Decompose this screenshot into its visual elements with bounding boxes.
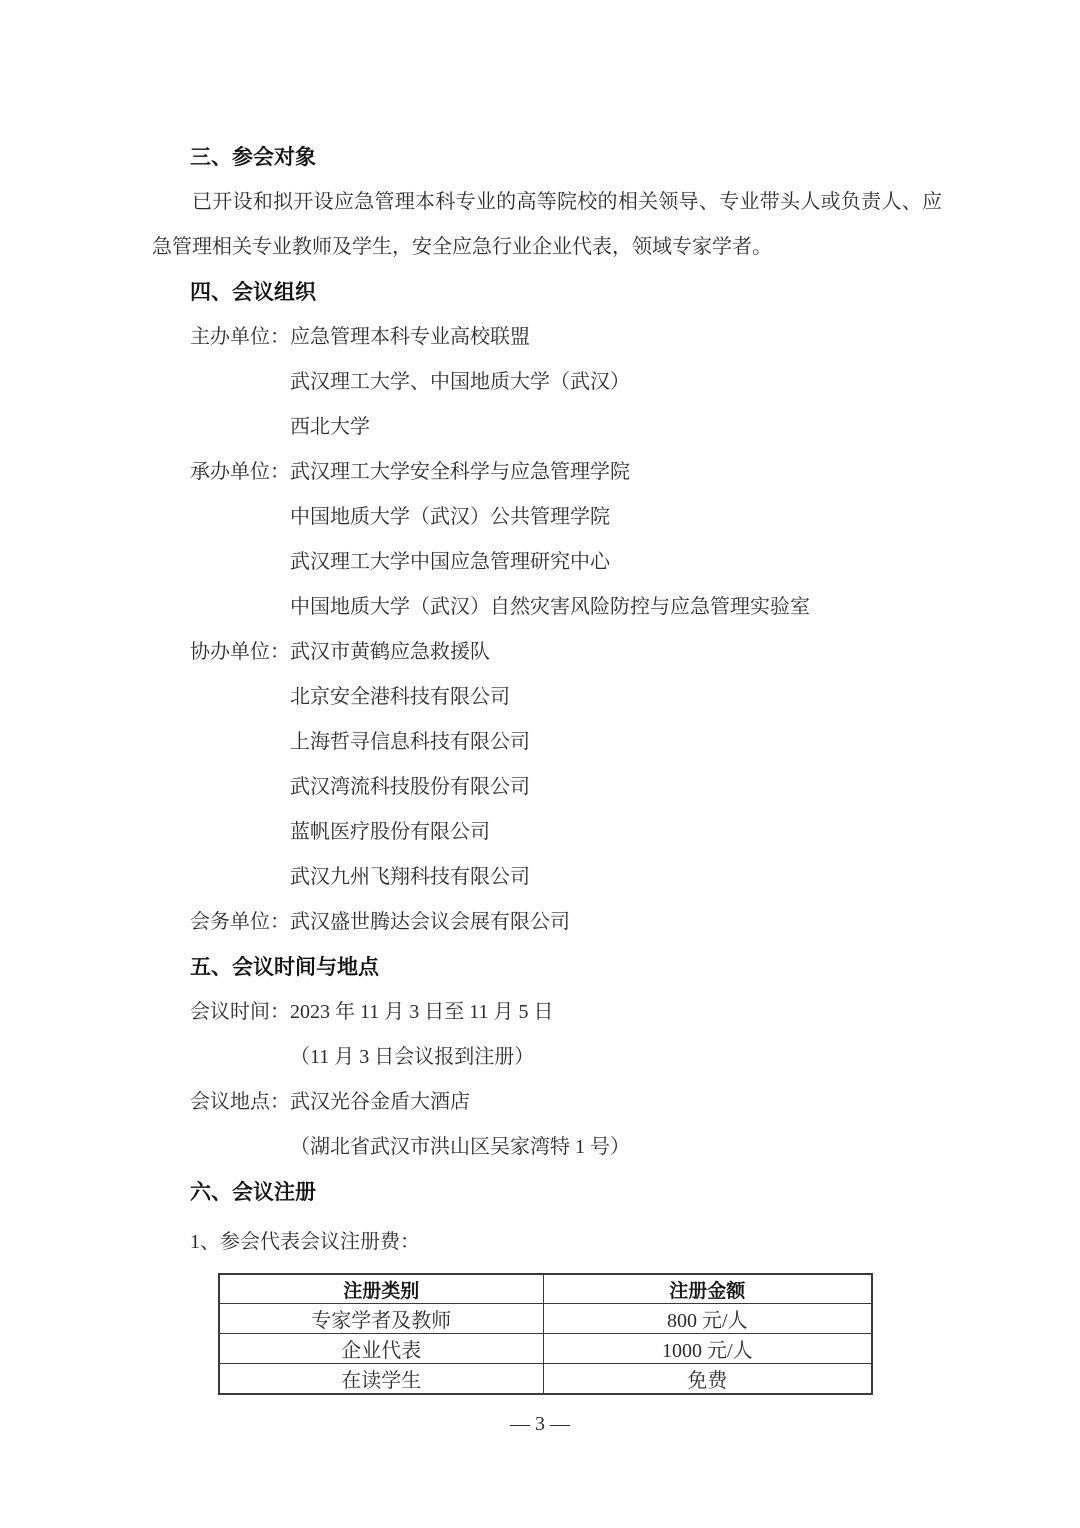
org-organizer-line: 武汉理工大学中国应急管理研究中心 (290, 540, 610, 585)
table-cell-category: 在读学生 (219, 1364, 543, 1395)
meeting-time-value: 2023 年 11 月 3 日至 11 月 5 日 (290, 990, 554, 1035)
org-service-row: 会务单位： 武汉盛世腾达会议会展有限公司 (152, 900, 974, 945)
section-heading-participants: 三、参会对象 (190, 135, 974, 180)
org-organizer-line: 中国地质大学（武汉）自然灾害风险防控与应急管理实验室 (290, 585, 810, 630)
meeting-time-row: 会议时间： 2023 年 11 月 3 日至 11 月 5 日 (152, 990, 974, 1035)
org-organizer-row: 武汉理工大学中国应急管理研究中心 (152, 540, 974, 585)
table-header-row: 注册类别 注册金额 (219, 1274, 872, 1304)
org-host-line: 西北大学 (290, 405, 370, 450)
org-host-row: 主办单位： 应急管理本科专业高校联盟 (152, 315, 974, 360)
table-cell-category: 专家学者及教师 (219, 1304, 543, 1334)
org-host-row: 西北大学 (152, 405, 974, 450)
meeting-time-label: 会议时间： (190, 990, 290, 1035)
registration-fee-intro: 1、参会代表会议注册费： (190, 1220, 974, 1265)
page-number: — 3 — (510, 1413, 570, 1435)
table-header-amount: 注册金额 (543, 1274, 872, 1304)
org-host-line: 武汉理工大学、中国地质大学（武汉） (290, 360, 630, 405)
table-header-category: 注册类别 (219, 1274, 543, 1304)
org-service-label: 会务单位： (190, 900, 290, 945)
org-host-row: 武汉理工大学、中国地质大学（武汉） (152, 360, 974, 405)
org-organizer-label: 承办单位： (190, 450, 290, 495)
org-coorganizer-line: 武汉九州飞翔科技有限公司 (290, 855, 530, 900)
table-cell-amount: 免费 (543, 1364, 872, 1395)
org-host-label: 主办单位： (190, 315, 290, 360)
org-coorganizer-row: 协办单位： 武汉市黄鹤应急救援队 (152, 630, 974, 675)
org-coorganizer-line: 武汉市黄鹤应急救援队 (290, 630, 490, 675)
meeting-time-note: （11 月 3 日会议报到注册） (290, 1035, 534, 1080)
table-row: 在读学生 免费 (219, 1364, 872, 1395)
table-cell-amount: 1000 元/人 (543, 1334, 872, 1364)
org-service-line: 武汉盛世腾达会议会展有限公司 (290, 900, 570, 945)
table-cell-amount: 800 元/人 (543, 1304, 872, 1334)
table-cell-category: 企业代表 (219, 1334, 543, 1364)
org-organizer-row: 中国地质大学（武汉）自然灾害风险防控与应急管理实验室 (152, 585, 974, 630)
org-organizer-row: 中国地质大学（武汉）公共管理学院 (152, 495, 974, 540)
org-coorganizer-line: 北京安全港科技有限公司 (290, 675, 510, 720)
table-row: 专家学者及教师 800 元/人 (219, 1304, 872, 1334)
page-footer: — 3 — (0, 1410, 1080, 1438)
meeting-place-row: （湖北省武汉市洪山区吴家湾特 1 号） (152, 1125, 974, 1170)
org-coorganizer-line: 上海哲寻信息科技有限公司 (290, 720, 530, 765)
org-coorganizer-row: 武汉湾流科技股份有限公司 (152, 765, 974, 810)
org-coorganizer-label: 协办单位： (190, 630, 290, 675)
org-organizer-row: 承办单位： 武汉理工大学安全科学与应急管理学院 (152, 450, 974, 495)
org-coorganizer-row: 蓝帆医疗股份有限公司 (152, 810, 974, 855)
section-heading-time-place: 五、会议时间与地点 (190, 945, 974, 990)
org-organizer-line: 武汉理工大学安全科学与应急管理学院 (290, 450, 630, 495)
org-host-line: 应急管理本科专业高校联盟 (290, 315, 530, 360)
org-coorganizer-line: 武汉湾流科技股份有限公司 (290, 765, 530, 810)
org-coorganizer-row: 上海哲寻信息科技有限公司 (152, 720, 974, 765)
section-heading-organization: 四、会议组织 (190, 270, 974, 315)
meeting-time-row: （11 月 3 日会议报到注册） (152, 1035, 974, 1080)
participants-paragraph: 已开设和拟开设应急管理本科专业的高等院校的相关领导、专业带头人或负责人、应急管理… (152, 180, 942, 270)
meeting-place-label: 会议地点： (190, 1080, 290, 1125)
table-row: 企业代表 1000 元/人 (219, 1334, 872, 1364)
document-page: 三、参会对象 已开设和拟开设应急管理本科专业的高等院校的相关领导、专业带头人或负… (0, 0, 1080, 1528)
meeting-place-row: 会议地点： 武汉光谷金盾大酒店 (152, 1080, 974, 1125)
org-coorganizer-row: 北京安全港科技有限公司 (152, 675, 974, 720)
registration-fee-table: 注册类别 注册金额 专家学者及教师 800 元/人 企业代表 1000 元/人 … (218, 1273, 873, 1395)
org-coorganizer-row: 武汉九州飞翔科技有限公司 (152, 855, 974, 900)
meeting-place-value: 武汉光谷金盾大酒店 (290, 1080, 470, 1125)
org-organizer-line: 中国地质大学（武汉）公共管理学院 (290, 495, 610, 540)
org-coorganizer-line: 蓝帆医疗股份有限公司 (290, 810, 490, 855)
section-heading-registration: 六、会议注册 (190, 1170, 974, 1215)
meeting-place-address: （湖北省武汉市洪山区吴家湾特 1 号） (290, 1125, 630, 1170)
